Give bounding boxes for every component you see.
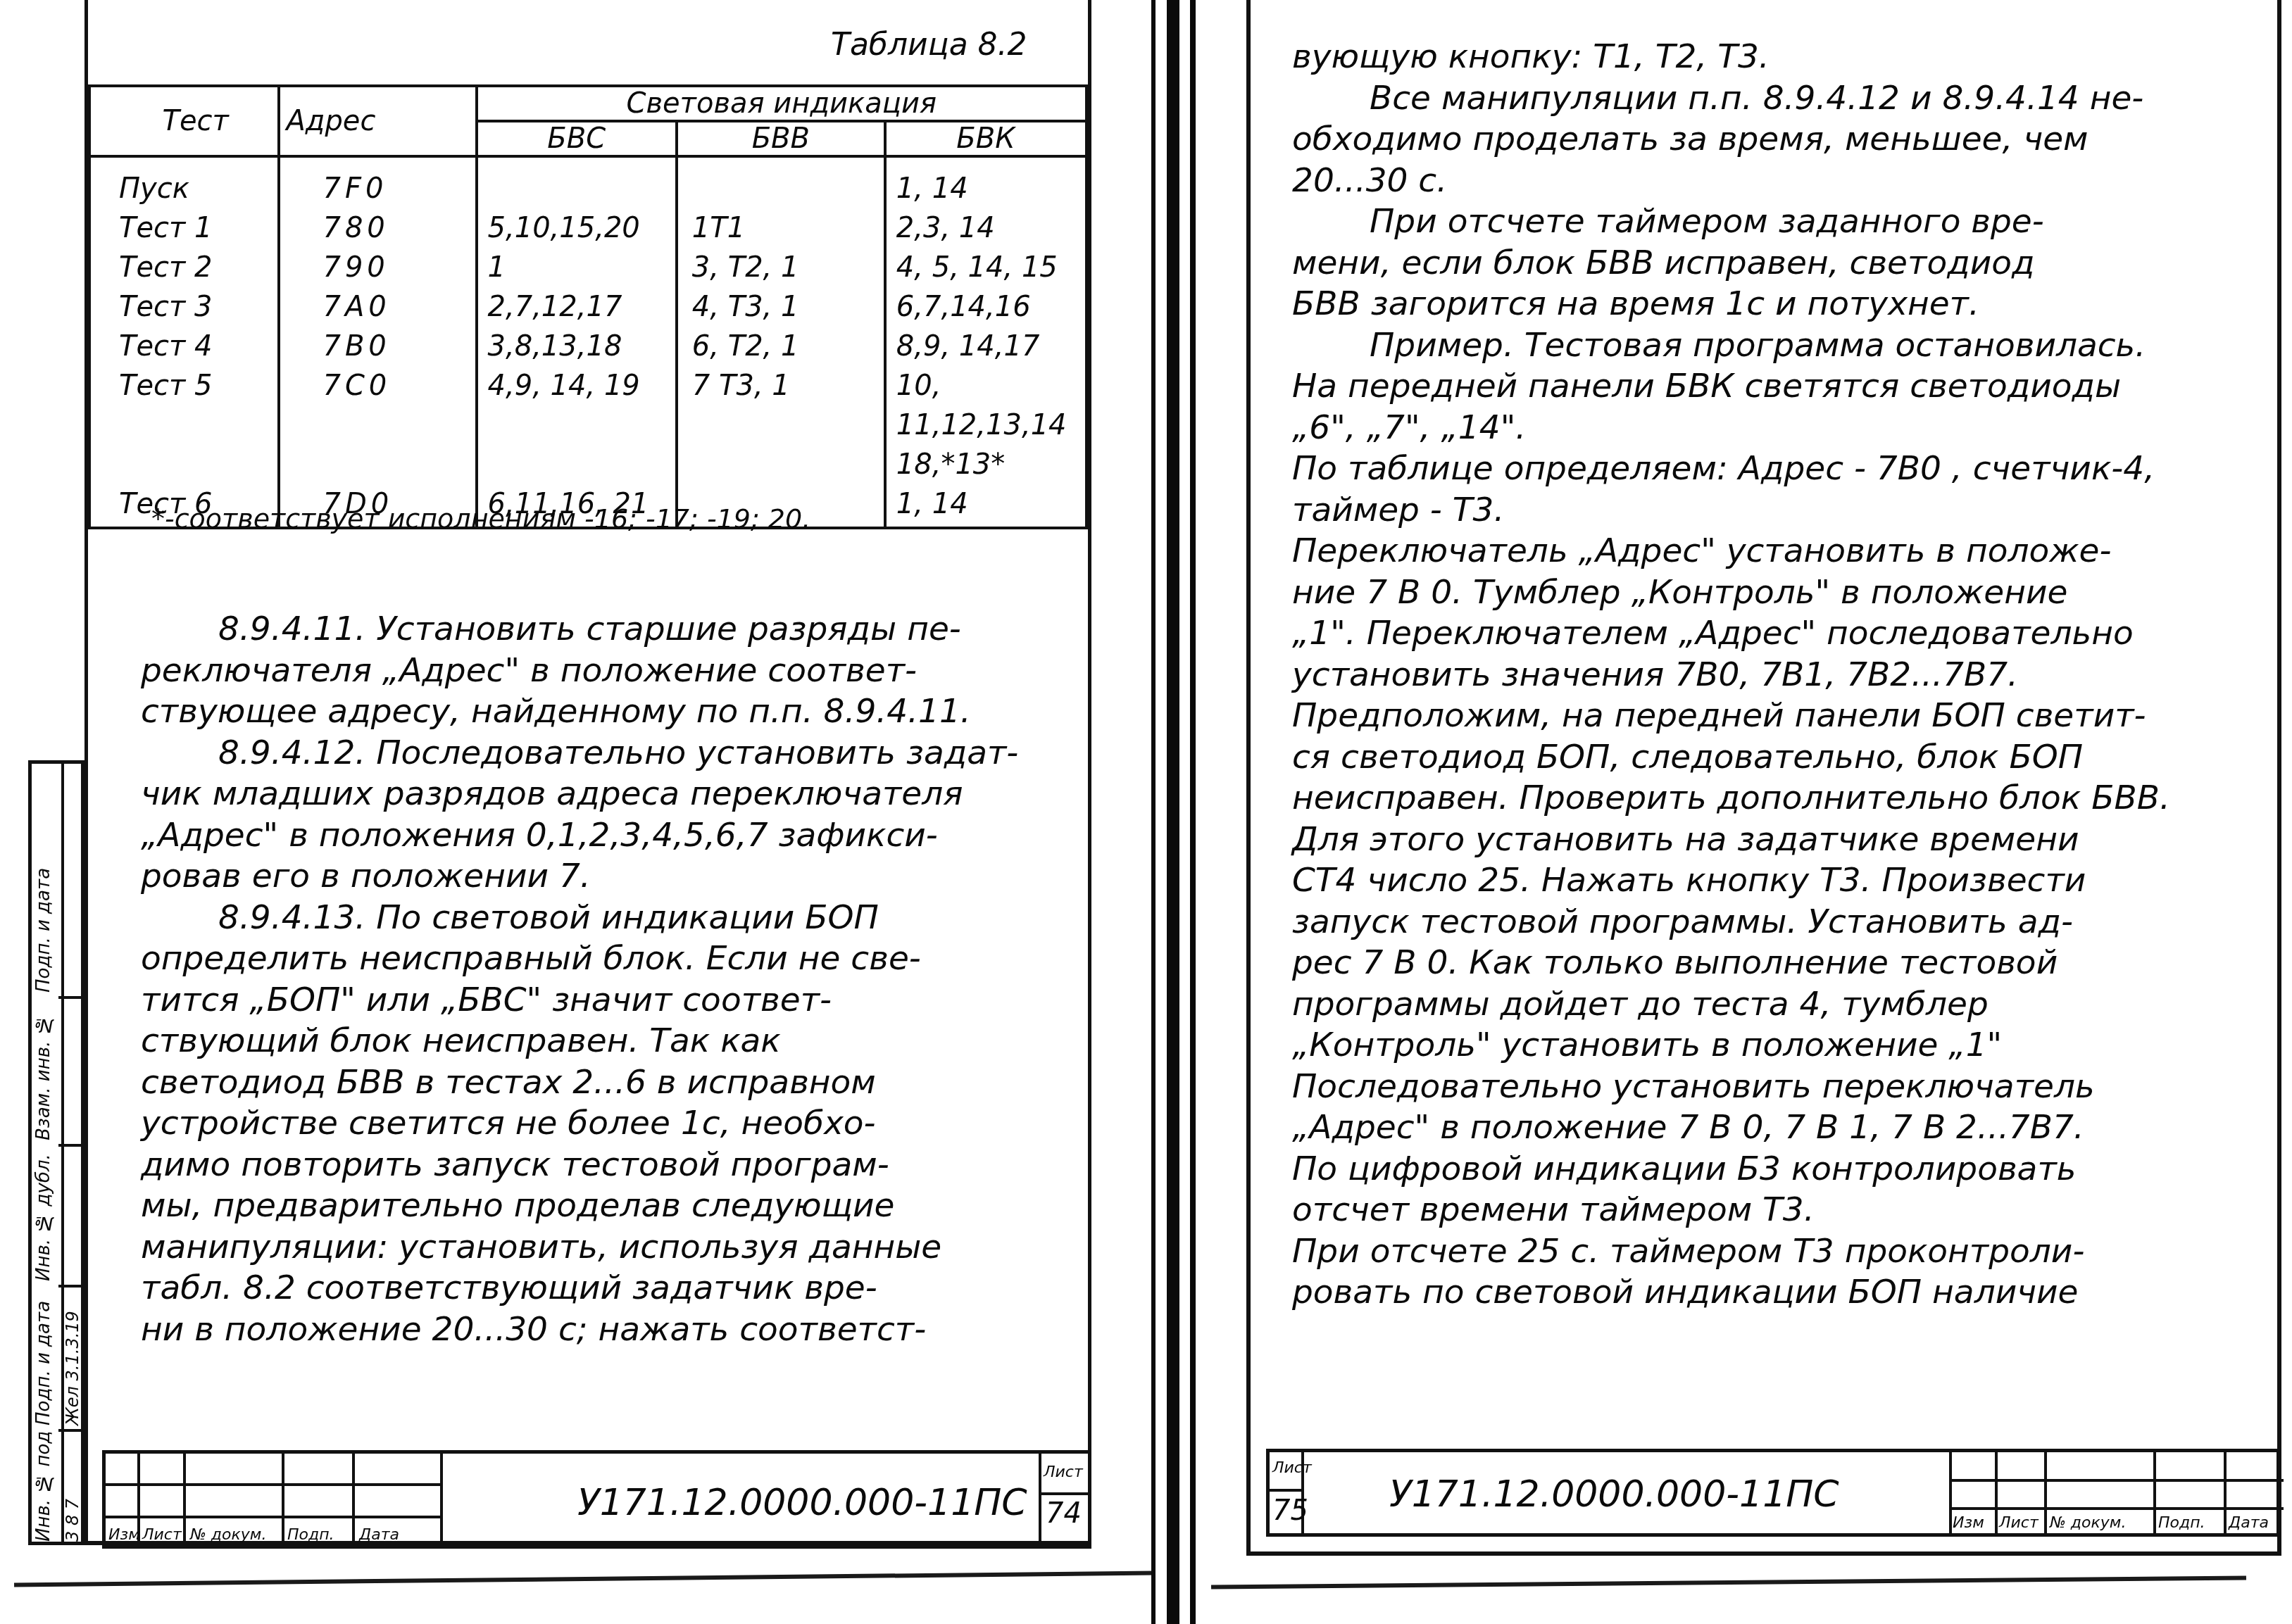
tb-col-line (440, 1454, 443, 1545)
text-line: Предположим, на передней панели БОП свет… (1292, 695, 2271, 737)
text-line: „Контроль" установить в положение „1" (1292, 1025, 2271, 1066)
text-line: реключателя „Адрес" в положение соответ- (141, 650, 1077, 692)
tb-document-code: У171.12.0000.000-11ПС (1389, 1473, 1839, 1516)
text-line: устройстве светится не более 1с, необхо- (141, 1103, 1077, 1145)
tb-row-line (1949, 1507, 2284, 1510)
tb-label-signature: Подп. (2158, 1514, 2205, 1532)
tb-col-line (1039, 1454, 1041, 1545)
table-row: Тест 57С04,9, 14, 197 Т3, 110, 11,12,13,… (89, 366, 1086, 484)
cell-address: 7В0 (279, 327, 476, 366)
text-line: „6", „7", „14". (1292, 408, 2271, 449)
table-footnote: *-соответствует исполнениям -16; -17; -1… (151, 503, 810, 534)
tb-sheet-label: Лист (1272, 1459, 1312, 1477)
header-address: Адрес (279, 86, 476, 156)
cell-test: Тест 5 (89, 366, 279, 484)
text-line: 8.9.4.12. Последовательно установить зад… (141, 733, 1077, 774)
cell-bvv: 3, Т2, 1 (677, 248, 885, 287)
left-title-block: Изм Лист № докум. Подп. Дата У171.12.000… (102, 1450, 1091, 1549)
text-line: табл. 8.2 соответствующий задатчик вре- (141, 1268, 1077, 1309)
right-body-text: вующую кнопку: Т1, Т2, Т3.Все манипуляци… (1292, 37, 2271, 1314)
text-line: таймер - Т3. (1292, 490, 2271, 531)
left-page: Таблица 8.2 Тест Адрес Световая индикаци… (0, 0, 1169, 1624)
tb-label-doc-no: № докум. (190, 1526, 266, 1544)
tb-col-line (2044, 1452, 2047, 1533)
text-line: светодиод БВВ в тестах 2...6 в исправном (141, 1062, 1077, 1104)
tb-col-line (183, 1454, 186, 1545)
text-line: мени, если блок БВВ исправен, светодиод (1292, 243, 2271, 284)
text-line: Переключатель „Адрес" установить в полож… (1292, 531, 2271, 572)
margin-label-replace-inv: Взам. инв. № (33, 1000, 61, 1140)
text-line: установить значения 7В0, 7В1, 7В2...7В7. (1292, 655, 2271, 696)
cell-bvs: 1 (477, 248, 677, 287)
cell-bvv (677, 156, 885, 208)
text-line: ствующее адресу, найденному по п.п. 8.9.… (141, 691, 1077, 733)
text-line: „Адрес" в положение 7 В 0, 7 В 1, 7 В 2.… (1292, 1107, 2271, 1149)
table-row: Тест 47В03,8,13,186, Т2, 18,9, 14,17 (89, 327, 1086, 366)
right-title-block: Лист 75 У171.12.0000.000-11ПС Изм Лист №… (1266, 1449, 2280, 1537)
cell-address: 790 (279, 248, 476, 287)
cell-test: Пуск (89, 156, 279, 208)
text-line: чик младших разрядов адреса переключател… (141, 774, 1077, 815)
cell-test: Тест 3 (89, 287, 279, 327)
tb-label-change: Изм (108, 1526, 140, 1544)
tb-sheet-number: 75 (1272, 1494, 1308, 1527)
header-test: Тест (89, 86, 279, 156)
tb-document-code: У171.12.0000.000-11ПС (577, 1482, 1027, 1524)
text-line: запуск тестовой программы. Установить ад… (1292, 902, 2271, 943)
text-line: ние 7 В 0. Тумблер „Контроль" в положени… (1292, 572, 2271, 614)
tb-label-doc-no: № докум. (2050, 1514, 2126, 1532)
cell-test: Тест 2 (89, 248, 279, 287)
text-line: ровав его в положении 7. (141, 856, 1077, 898)
text-line: программы дойдет до теста 4, тумблер (1292, 984, 2271, 1026)
tb-col-line (1995, 1452, 1998, 1533)
tb-sheet-number: 74 (1046, 1497, 1082, 1530)
header-bvk: БВК (885, 121, 1086, 156)
cell-bvk: 1, 14 (885, 156, 1086, 208)
tb-col-line (2153, 1452, 2156, 1533)
table-8-2: Тест Адрес Световая индикация БВС БВВ БВ… (88, 84, 1088, 529)
text-line: обходимо проделать за время, меньшее, че… (1292, 119, 2271, 160)
text-line: ствующий блок неисправен. Так как (141, 1021, 1077, 1062)
table-body: Пуск7F01, 14Тест 17805,10,15,201Т12,3, 1… (89, 156, 1086, 528)
tb-row-line (106, 1483, 440, 1486)
tb-sheet-label: Лист (1044, 1464, 1083, 1481)
text-line: 8.9.4.13. По световой индикации БОП (141, 898, 1077, 939)
margin-label-orig-inv: Инв. № подл. (33, 1433, 61, 1542)
text-line: ни в положение 20...30 с; нажать соответ… (141, 1309, 1077, 1351)
text-line: По таблице определяем: Адрес - 7В0 , сче… (1292, 448, 2271, 490)
cell-bvv: 1Т1 (677, 208, 885, 248)
text-line: При отсчете 25 с. таймером Т3 проконтрол… (1292, 1231, 2271, 1273)
text-line: ровать по световой индикации БОП наличие (1292, 1272, 2271, 1314)
tb-label-sheet: Лист (1999, 1514, 2039, 1532)
cell-address: 7F0 (279, 156, 476, 208)
cell-bvk: 6,7,14,16 (885, 287, 1086, 327)
cell-bvs: 2,7,12,17 (477, 287, 677, 327)
text-line: неисправен. Проверить дополнительно блок… (1292, 778, 2271, 819)
cell-bvv: 6, Т2, 1 (677, 327, 885, 366)
margin-label-sign-date: Подп. и дата (33, 767, 61, 993)
text-line: определить неисправный блок. Если не све… (141, 938, 1077, 980)
cell-bvk: 4, 5, 14, 15 (885, 248, 1086, 287)
margin-separator (58, 1285, 85, 1288)
tb-label-sheet: Лист (142, 1526, 182, 1544)
text-line: 20...30 с. (1292, 160, 2271, 202)
cell-bvk: 8,9, 14,17 (885, 327, 1086, 366)
text-line: На передней панели БВК светятся светодио… (1292, 366, 2271, 408)
margin-value-inv-number: 3 8 7 (63, 1436, 85, 1542)
tb-row-line (106, 1516, 440, 1518)
header-bvs: БВС (477, 121, 677, 156)
cell-bvs: 3,8,13,18 (477, 327, 677, 366)
left-body-text: 8.9.4.11. Установить старшие разряды пе-… (141, 609, 1077, 1350)
text-line: димо повторить запуск тестовой програм- (141, 1145, 1077, 1186)
cell-bvs: 5,10,15,20 (477, 208, 677, 248)
text-line: „Адрес" в положения 0,1,2,3,4,5,6,7 зафи… (141, 815, 1077, 857)
gutter-line (1151, 0, 1156, 1624)
text-line: рес 7 В 0. Как только выполнение тестово… (1292, 943, 2271, 984)
text-line: Пример. Тестовая программа остановилась. (1292, 325, 2271, 367)
text-line: ся светодиод БОП, следовательно, блок БО… (1292, 737, 2271, 779)
margin-label-sign-date-2: Подп. и дата (33, 1288, 61, 1425)
header-bvv: БВВ (677, 121, 885, 156)
tb-label-signature: Подп. (287, 1526, 334, 1544)
text-line: манипуляции: установить, используя данны… (141, 1227, 1077, 1269)
text-line: При отсчете таймером заданного вре- (1292, 201, 2271, 243)
cell-bvk: 1, 14 (885, 484, 1086, 528)
text-line: вующую кнопку: Т1, Т2, Т3. (1292, 37, 2271, 78)
table-row: Тест 279013, Т2, 14, 5, 14, 15 (89, 248, 1086, 287)
cell-address: 780 (279, 208, 476, 248)
cell-bvk: 10, 11,12,13,14 18,*13* (885, 366, 1086, 484)
tb-col-line (1949, 1452, 1952, 1533)
tb-row-line (1039, 1492, 1088, 1495)
cell-bvv: 4, Т3, 1 (677, 287, 885, 327)
text-line: мы, предварительно проделав следующие (141, 1185, 1077, 1227)
text-line: 8.9.4.11. Установить старшие разряды пе- (141, 609, 1077, 650)
margin-separator (58, 1144, 85, 1147)
text-line: тится „БОП" или „БВС" значит соответ- (141, 980, 1077, 1021)
tb-col-line (282, 1454, 284, 1545)
cell-bvv: 7 Т3, 1 (677, 366, 885, 484)
text-line: СТ4 число 25. Нажать кнопку Т3. Произвес… (1292, 860, 2271, 902)
cell-bvs: 4,9, 14, 19 (477, 366, 677, 484)
text-line: БВВ загорится на время 1с и потухнет. (1292, 284, 2271, 325)
text-line: „1". Переключателем „Адрес" последовател… (1292, 613, 2271, 655)
margin-value-signature: Жел 3.1.3.19 (63, 1295, 85, 1425)
margin-separator (58, 996, 85, 999)
tb-label-change: Изм (1953, 1514, 1984, 1532)
cell-address: 7А0 (279, 287, 476, 327)
margin-label-dup-inv: Инв. № дубл. (33, 1147, 61, 1281)
text-line: отсчет времени таймером Т3. (1292, 1190, 2271, 1231)
table-caption: Таблица 8.2 (831, 27, 1027, 63)
text-line: Последовательно установить переключатель (1292, 1066, 2271, 1108)
cell-test: Тест 4 (89, 327, 279, 366)
tb-row-line (1270, 1489, 1301, 1492)
tb-label-date: Дата (359, 1526, 399, 1544)
table-row: Тест 37А02,7,12,174, Т3, 16,7,14,16 (89, 287, 1086, 327)
tb-col-line (2224, 1452, 2227, 1533)
margin-separator (58, 1429, 85, 1432)
text-line: Для этого установить на задатчике времен… (1292, 819, 2271, 861)
page-edge-line (14, 1571, 1155, 1587)
tb-row-line (1949, 1479, 2284, 1482)
cell-address: 7С0 (279, 366, 476, 484)
cell-test: Тест 1 (89, 208, 279, 248)
table-row: Тест 17805,10,15,201Т12,3, 14 (89, 208, 1086, 248)
cell-bvs (477, 156, 677, 208)
cell-bvk: 2,3, 14 (885, 208, 1086, 248)
tb-col-line (352, 1454, 355, 1545)
text-line: Все манипуляции п.п. 8.9.4.12 и 8.9.4.14… (1292, 78, 2271, 120)
table-row: Пуск7F01, 14 (89, 156, 1086, 208)
text-line: По цифровой индикации Б3 контролировать (1292, 1149, 2271, 1190)
tb-label-date: Дата (2229, 1514, 2269, 1532)
header-light-indication: Световая индикация (477, 86, 1086, 121)
margin-stamp-strip: Подп. и дата Взам. инв. № Инв. № дубл. П… (28, 760, 84, 1545)
